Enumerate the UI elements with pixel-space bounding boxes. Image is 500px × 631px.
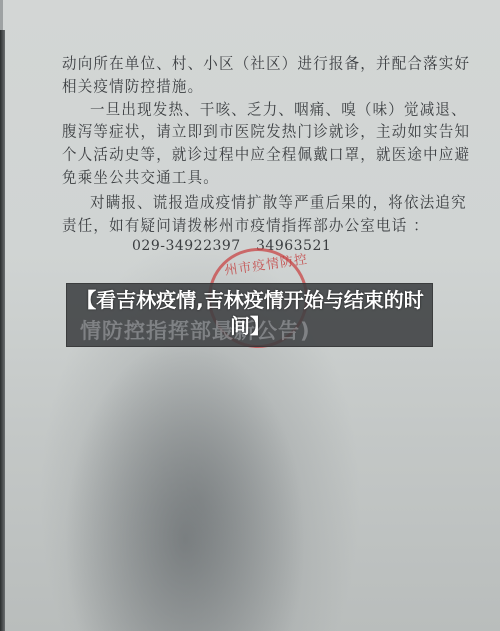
document-line-3: 一旦出现发热、干咳、乏力、咽痛、嗅（味）觉减退、 — [90, 97, 467, 119]
document-line-8: 责任，如有疑问请拨彬州市疫情指挥部办公室电话 ： — [62, 213, 429, 235]
photo-left-edge — [0, 30, 5, 631]
document-line-7: 对瞒报、谎报造成疫情扩散等严重后果的，将依法追究 — [90, 190, 467, 212]
headline-title[interactable]: 【看吉林疫情,吉林疫情开始与结束的时间】 — [72, 287, 428, 339]
document-line-6: 免乘坐公共交通工具。 — [62, 165, 219, 187]
phone-number-1: 029-34922397 — [132, 238, 241, 254]
document-line-1: 动向所在单位、村、小区（社区）进行报备，并配合落实好 — [62, 51, 470, 73]
document-line-5: 个人活动史等，就诊过程中应全程佩戴口罩，就医途中应避 — [62, 142, 470, 164]
document-line-4: 腹泻等症状，请立即到市医院发热门诊就诊，主动如实告知 — [62, 119, 470, 141]
document-line-2: 相关疫情防控措施。 — [62, 74, 203, 96]
photo-edge-top — [0, 0, 3, 30]
